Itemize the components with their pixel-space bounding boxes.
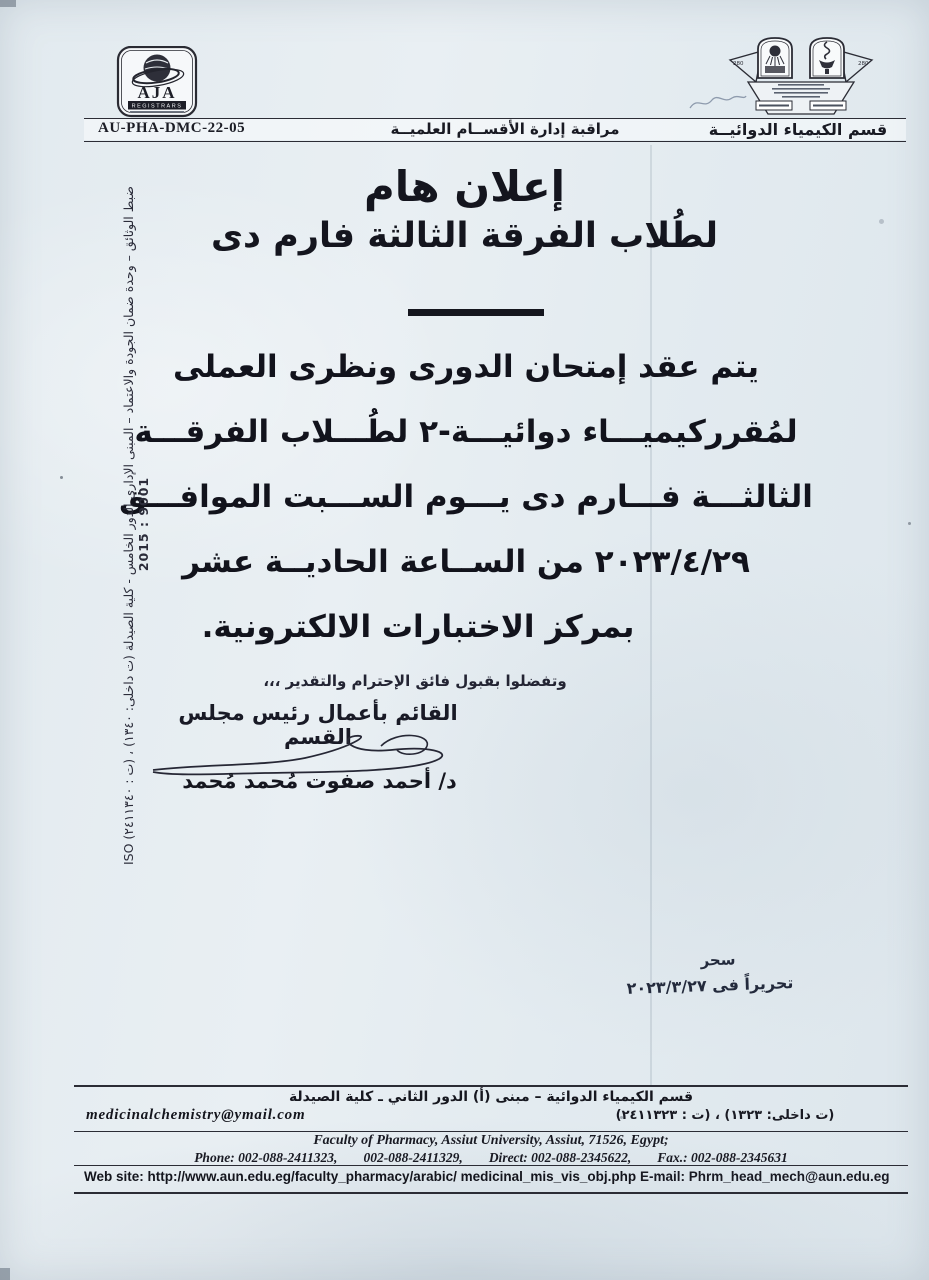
svg-text:AJA: AJA [137,83,176,102]
sidebar-line2-iso: 9001 : 2015 [136,186,151,862]
footer-department-line: قسم الكيمياء الدوائية – مبنى (أ) الدور ا… [74,1089,908,1105]
footer-rule-2 [74,1131,908,1132]
footer-address: Faculty of Pharmacy, Assiut University, … [74,1133,908,1149]
header-department-title: قسم الكيمياء الدوائيــة [690,120,906,139]
body-line: الثالثـــة فـــارم دى يـــوم الســـبت ال… [128,464,804,529]
footer-website: Web site: http://www.aun.edu.eg/faculty_… [84,1169,636,1184]
scan-corner-artifact [0,1268,10,1280]
body-line: بمركز الاختبارات الالكترونية. [80,594,756,659]
emblem-right-number: 280 [858,61,869,67]
title-divider-bar [408,309,544,316]
sidebar-vertical-text: ضبط الوثائق – وحدة ضمان الجودة والاعتماد… [121,186,151,862]
valediction: وتفضلوا بقبول فائق الإحترام والتقدير ،،، [245,672,585,690]
scan-corner-artifact [0,0,16,7]
header-center-title: مراقبة إدارة الأقســام العلميــة [360,120,650,138]
faculty-pharmacy-emblem: 280 280 [726,34,876,120]
announcement-body: يتم عقد إمتحان الدورى ونظرى العملى لمُقر… [128,334,804,659]
header-rule-bottom [84,141,906,142]
scanned-announcement-page: AJA REGISTRARS 280 280 [0,0,929,1280]
aja-registrars-logo: AJA REGISTRARS [116,46,198,118]
body-line: لمُقرركيميـــاء دوائيـــة-٢ لطُـــلاب ال… [128,399,804,464]
footer-rule-1 [74,1085,908,1087]
signer-name: د/ أحمد صفوت مُحمد مُحمد [172,769,467,793]
document-code: AU-PHA-DMC-22-05 [98,120,308,137]
footer-rule-3 [74,1165,908,1166]
body-line: ٢٠٢٣/٤/٢٩ من الســاعة الحاديــة عشر [128,529,804,594]
scan-specks [60,476,63,479]
handwritten-note: سحر [688,950,749,970]
footer-phones-arabic: (ت داخلى: ١٣٢٣) ، (ت : ٢٤١١٣٢٣) [560,1108,890,1123]
footer-email-left: medicinalchemistry@ymail.com [86,1107,305,1124]
emblem-left-number: 280 [733,61,744,67]
svg-text:REGISTRARS: REGISTRARS [132,104,183,110]
pen-scribble [688,90,748,116]
footer-email-right: E-mail: Phrm_head_mech@aun.edu.eg [640,1169,895,1184]
sidebar-line1: ضبط الوثائق – وحدة ضمان الجودة والاعتماد… [121,186,136,862]
body-line: يتم عقد إمتحان الدورى ونظرى العملى [128,334,804,399]
footer-rule-4 [74,1192,908,1194]
handwritten-date: تحريراً فى ٢٠٢٣/٣/٢٧ [620,973,801,998]
